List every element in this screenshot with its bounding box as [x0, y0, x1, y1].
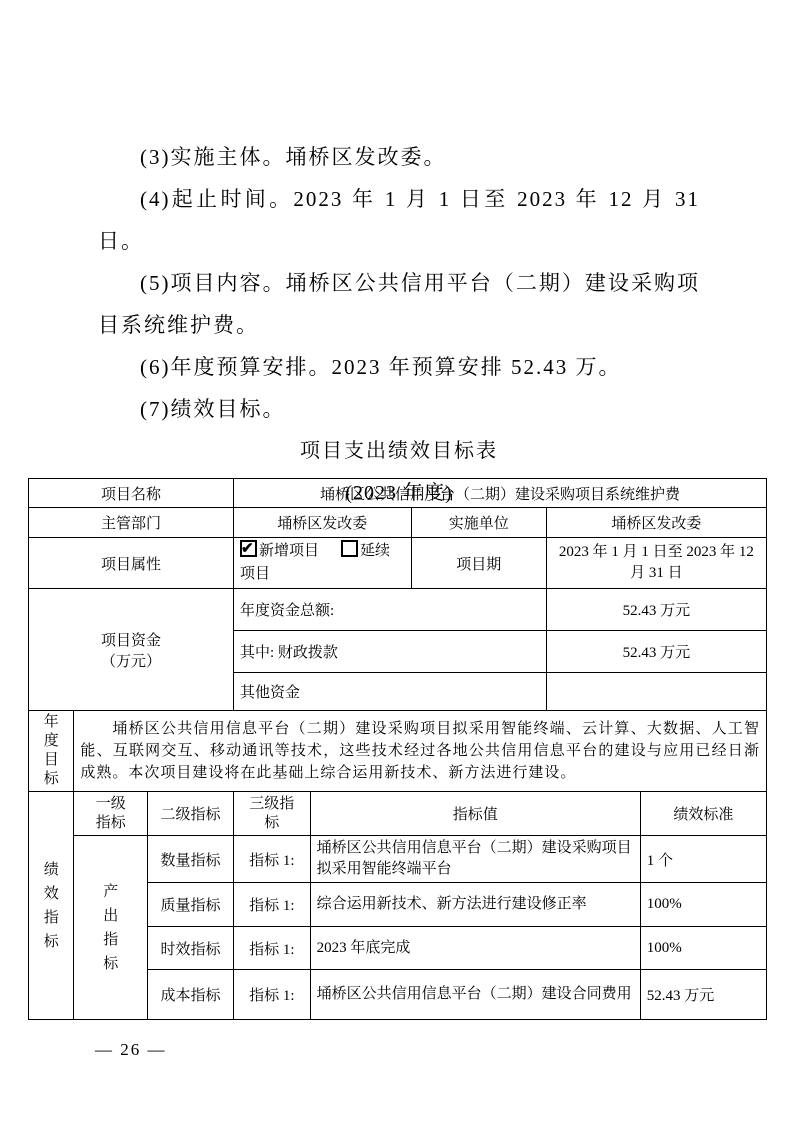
indicator-level2: 成本指标 [148, 970, 234, 1020]
attr-new-label: 新增项目 [259, 543, 319, 559]
funding-label: 项目资金 （万元） [29, 589, 234, 711]
document-page: (3)实施主体。埇桥区发改委。 (4)起止时间。2023 年 1 月 1 日至 … [0, 0, 793, 1122]
project-name-label: 项目名称 [29, 479, 234, 508]
attr-label: 项目属性 [29, 538, 234, 589]
table-row: 主管部门 埇桥区发改委 实施单位 埇桥区发改委 [29, 508, 767, 538]
table-row: 项目名称 埇桥区公共信用平台（二期）建设采购项目系统维护费 [29, 479, 767, 508]
funding-total-value: 52.43 万元 [546, 589, 766, 631]
header-standard: 绩效标准 [640, 792, 766, 836]
performance-target-table: 项目名称 埇桥区公共信用平台（二期）建设采购项目系统维护费 主管部门 埇桥区发改… [28, 478, 767, 1020]
indicator-group-label: 产出指标 [103, 880, 118, 976]
header-level2: 二级指标 [148, 792, 234, 836]
header-value: 指标值 [310, 792, 640, 836]
paragraph-5: (5)项目内容。埇桥区公共信用平台（二期）建设采购项目系统维护费。 [98, 262, 700, 346]
table-row: 年度目标 埇桥区公共信用信息平台（二期）建设采购项目拟采用智能终端、云计算、大数… [29, 711, 767, 792]
indicator-standard: 52.43 万元 [640, 970, 766, 1020]
impl-unit-label: 实施单位 [411, 508, 546, 538]
table-row: 项目属性 新增项目延续项目 项目期 2023 年 1 月 1 日至 2023 年… [29, 538, 767, 589]
paragraph-4: (4)起止时间。2023 年 1 月 1 日至 2023 年 12 月 31 日… [98, 178, 700, 262]
dept-label: 主管部门 [29, 508, 234, 538]
checked-checkbox-icon [240, 540, 257, 557]
paragraph-3: (3)实施主体。埇桥区发改委。 [98, 136, 700, 178]
funding-fiscal-label: 其中: 财政拨款 [233, 631, 546, 673]
indicator-standard: 1 个 [640, 836, 766, 883]
indicators-section-label: 绩效指标 [44, 858, 59, 954]
table-row: 产出指标 数量指标 指标 1: 埇桥区公共信用信息平台（二期）建设采购项目拟采用… [29, 836, 767, 883]
attr-value-cell: 新增项目延续项目 [233, 538, 411, 589]
project-name-value: 埇桥区公共信用平台（二期）建设采购项目系统维护费 [233, 479, 766, 508]
annual-goal-label-cell: 年度目标 [29, 711, 74, 792]
table-row: 绩效指标 一级指标 二级指标 三级指标 指标值 绩效标准 [29, 792, 767, 836]
impl-unit-value: 埇桥区发改委 [546, 508, 766, 538]
indicator-level2: 时效指标 [148, 927, 234, 970]
indicator-level2: 数量指标 [148, 836, 234, 883]
annual-goal-label: 年度目标 [44, 713, 59, 789]
document-body: (3)实施主体。埇桥区发改委。 (4)起止时间。2023 年 1 月 1 日至 … [98, 136, 700, 514]
indicator-value: 埇桥区公共信用信息平台（二期）建设合同费用 [310, 970, 640, 1020]
table-title: 项目支出绩效目标表 [98, 430, 700, 472]
table-row: 项目资金 （万元） 年度资金总额: 52.43 万元 [29, 589, 767, 631]
funding-label-line2: （万元） [35, 650, 227, 671]
funding-total-label: 年度资金总额: [233, 589, 546, 631]
indicator-level3: 指标 1: [233, 970, 310, 1020]
funding-other-value [546, 673, 766, 711]
funding-label-line1: 项目资金 [35, 629, 227, 650]
indicators-section-cell: 绩效指标 [29, 792, 74, 1020]
funding-fiscal-value: 52.43 万元 [546, 631, 766, 673]
header-level3: 三级指标 [233, 792, 310, 836]
indicator-level2: 质量指标 [148, 883, 234, 927]
indicator-value: 埇桥区公共信用信息平台（二期）建设采购项目拟采用智能终端平台 [310, 836, 640, 883]
page-number: — 26 — [95, 1040, 167, 1060]
paragraph-7: (7)绩效目标。 [98, 388, 700, 430]
indicator-value: 2023 年底完成 [310, 927, 640, 970]
period-label: 项目期 [411, 538, 546, 589]
indicator-level3: 指标 1: [233, 883, 310, 927]
dept-value: 埇桥区发改委 [233, 508, 411, 538]
funding-other-label: 其他资金 [233, 673, 546, 711]
paragraph-6: (6)年度预算安排。2023 年预算安排 52.43 万。 [98, 346, 700, 388]
indicator-level3: 指标 1: [233, 927, 310, 970]
indicator-value: 综合运用新技术、新方法进行建设修正率 [310, 883, 640, 927]
indicator-standard: 100% [640, 927, 766, 970]
header-level1: 一级指标 [74, 792, 148, 836]
indicator-group-cell: 产出指标 [74, 836, 148, 1020]
indicator-standard: 100% [640, 883, 766, 927]
annual-goal-text: 埇桥区公共信用信息平台（二期）建设采购项目拟采用智能终端、云计算、大数据、人工智… [74, 711, 767, 792]
indicator-level3: 指标 1: [233, 836, 310, 883]
period-value: 2023 年 1 月 1 日至 2023 年 12 月 31 日 [546, 538, 766, 589]
unchecked-checkbox-icon [341, 540, 358, 557]
